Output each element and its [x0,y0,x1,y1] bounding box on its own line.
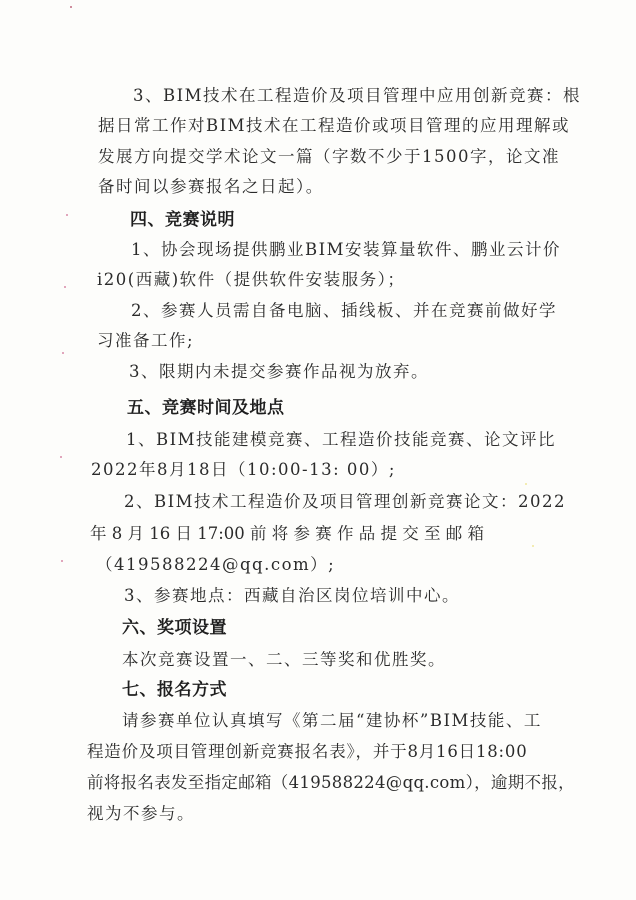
paragraph-line: 年 8 月 16 日 17:00 前 将 参 赛 作 品 提 交 至 邮 箱 [90,523,484,545]
scan-speck [64,286,66,288]
scan-speck [532,545,534,547]
paragraph-line: 程造价及项目管理创新竞赛报名表》，并于8月16日18:00 [87,741,528,763]
scan-speck [61,560,63,562]
section-heading-6: 六、奖项设置 [122,617,227,639]
scan-speck [525,483,527,485]
paragraph-line: 本次竞赛设置一、二、三等奖和优胜奖。 [122,649,446,671]
scan-speck [70,6,72,8]
section-heading-5: 五、竞赛时间及地点 [127,397,285,419]
paragraph-line: 备时间以参赛报名之日起）。 [98,176,324,198]
paragraph-line: 2、BIM技术工程造价及项目管理创新竞赛论文：2022 [124,491,566,513]
paragraph-line: 1、BIM技能建模竞赛、工程造价技能竞赛、论文评比 [126,429,556,451]
scanned-document-page: 3、BIM技术在工程造价及项目管理中应用创新竞赛：根 据日常工作对BIM技术在工… [0,0,636,900]
section-heading-4: 四、竞赛说明 [130,209,235,231]
paragraph-line: 3、BIM技术在工程造价及项目管理中应用创新竞赛：根 [133,85,581,107]
paragraph-line: 3、限期内未提交参赛作品视为放弃。 [129,361,429,383]
paragraph-line: 3、参赛地点：西藏自治区岗位培训中心。 [124,585,460,607]
paragraph-line: i20(西藏)软件（提供软件安装服务）； [97,269,405,291]
section-heading-7: 七、报名方式 [122,679,227,701]
scan-speck [60,456,62,458]
scan-speck [62,352,64,354]
paragraph-line: 前将报名表发至指定邮箱（419588224@qq.com），逾期不报， [87,772,575,794]
paragraph-line: 发展方向提交学术论文一篇（字数不少于1500字，论文准 [98,146,560,168]
paragraph-line: 2022年8月18日（10:00-13: 00）; [91,459,396,481]
paragraph-line: （419588224@qq.com）; [96,554,335,576]
paragraph-line: 视为不参与。 [87,803,195,825]
paragraph-line: 1、协会现场提供鹏业BIM安装算量软件、鹏业云计价 [131,239,561,261]
paragraph-line: 据日常工作对BIM技术在工程造价或项目管理的应用理解或 [98,115,570,137]
scan-speck [66,214,68,216]
paragraph-line: 请参赛单位认真填写《第二届“建协杯”BIM技能、工 [122,710,542,732]
paragraph-line: 习准备工作; [97,330,194,352]
paragraph-line: 2、参赛人员需自备电脑、插线板、并在竞赛前做好学 [131,300,557,322]
